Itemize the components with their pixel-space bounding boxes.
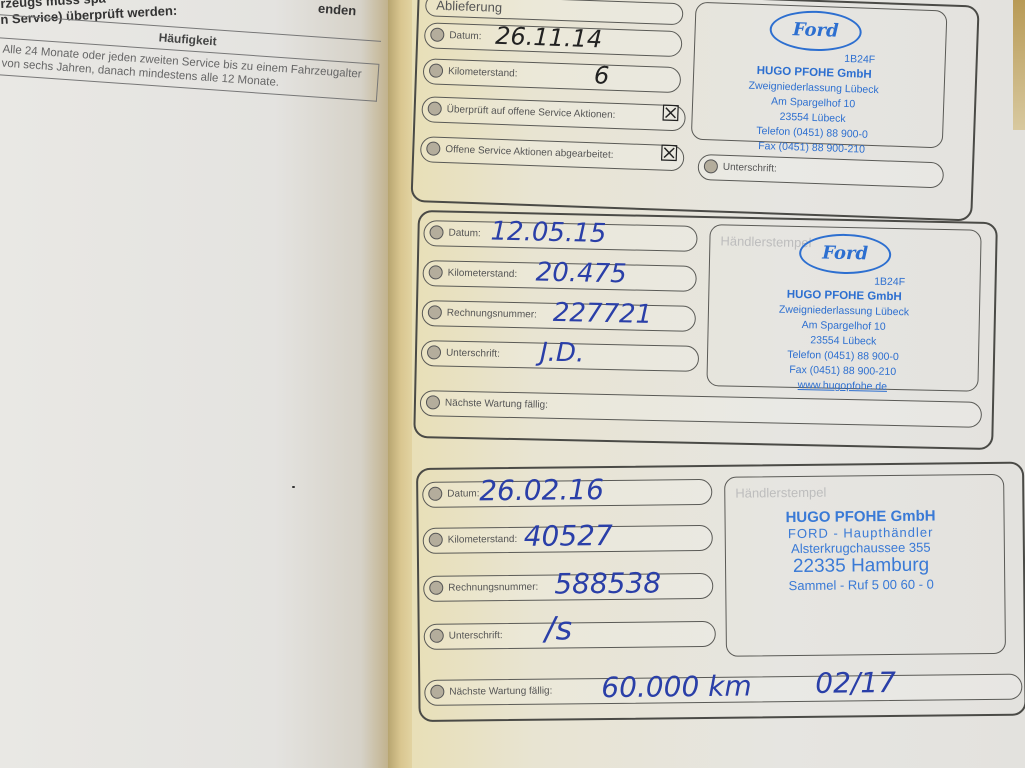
field-rechnungsnummer: Rechnungsnummer: 227721 bbox=[422, 300, 696, 332]
field-bullet-icon bbox=[426, 395, 440, 409]
block-title: Ablieferung bbox=[436, 0, 502, 15]
field-bullet-icon bbox=[428, 487, 442, 501]
field-unterschrift: Unterschrift: bbox=[697, 154, 944, 189]
service-block-3: Datum: 26.02.16 Kilometerstand: 40527 Re… bbox=[416, 462, 1025, 722]
handwritten-date: 26.11.14 bbox=[495, 22, 603, 54]
handwritten-signature: /s bbox=[544, 609, 572, 647]
field-bullet-icon bbox=[429, 63, 443, 77]
field-unterschrift: Unterschrift: J.D. bbox=[421, 340, 699, 372]
ford-logo-icon: Ford bbox=[799, 233, 892, 275]
handwritten-invoice: 588538 bbox=[554, 566, 661, 600]
handwritten-invoice: 227721 bbox=[553, 298, 653, 330]
field-service-check: Überprüft auf offene Service Aktionen: ☒ bbox=[421, 96, 686, 131]
handwritten-km: 6 bbox=[594, 61, 610, 90]
field-naechste-wartung: Nächste Wartung fällig: 60.000 km 02/17 bbox=[424, 674, 1022, 706]
header-right-fragment: enden bbox=[318, 1, 357, 19]
field-bullet-icon bbox=[427, 345, 441, 359]
field-rechnungsnummer: Rechnungsnummer: 588538 bbox=[423, 573, 713, 602]
field-bullet-icon bbox=[704, 159, 718, 173]
field-bullet-icon bbox=[428, 305, 442, 319]
field-datum: Datum: 26.11.14 bbox=[424, 22, 683, 57]
paper-speck bbox=[292, 486, 295, 488]
field-bullet-icon bbox=[429, 265, 443, 279]
dealer-stamp-box: Händlerstempel Ford 1B24F HUGO PFOHE Gmb… bbox=[706, 224, 981, 392]
service-block-delivery: Ablieferung Datum: 26.11.14 Kilometersta… bbox=[410, 0, 979, 221]
field-bullet-icon bbox=[430, 685, 444, 699]
page-edge bbox=[1013, 0, 1025, 130]
handwritten-km: 20.475 bbox=[535, 257, 627, 289]
field-bullet-icon bbox=[429, 533, 443, 547]
field-kilometerstand: Kilometerstand: 6 bbox=[423, 58, 682, 93]
frequency-table: Häufigkeit Alle 24 Monate oder jeden zwe… bbox=[0, 14, 381, 133]
right-page: Ablieferung Datum: 26.11.14 Kilometersta… bbox=[412, 0, 1025, 768]
handwritten-next-date: 02/17 bbox=[815, 666, 896, 700]
handwritten-date: 26.02.16 bbox=[479, 473, 604, 507]
field-unterschrift: Unterschrift: /s bbox=[424, 621, 716, 650]
field-datum: Datum: 26.02.16 bbox=[422, 479, 712, 508]
field-service-done: Offene Service Aktionen abgearbeitet: ☒ bbox=[420, 136, 685, 171]
field-datum: Datum: 12.05.15 bbox=[423, 220, 697, 252]
field-bullet-icon bbox=[430, 629, 444, 643]
ford-logo-icon: Ford bbox=[769, 9, 862, 52]
field-kilometerstand: Kilometerstand: 40527 bbox=[423, 525, 713, 554]
field-bullet-icon bbox=[427, 101, 441, 115]
stamp-title: Händlerstempel bbox=[735, 485, 826, 501]
handwritten-next-km: 60.000 km bbox=[601, 669, 752, 704]
dealer-stamp: Ford 1B24F HUGO PFOHE GmbH Zweigniederla… bbox=[747, 232, 940, 396]
field-naechste-wartung: Nächste Wartung fällig: bbox=[420, 390, 982, 428]
handwritten-date: 12.05.15 bbox=[490, 217, 606, 249]
checked-box-icon: ☒ bbox=[660, 102, 681, 128]
field-bullet-icon bbox=[430, 27, 444, 41]
field-kilometerstand: Kilometerstand: 20.475 bbox=[422, 260, 696, 292]
dealer-stamp-box: Ford 1B24F HUGO PFOHE GmbH Zweigniederla… bbox=[691, 2, 948, 149]
left-page: rzeugs muss spä n Service) überprüft wer… bbox=[0, 0, 392, 768]
dealer-stamp: HUGO PFOHE GmbH FORD - Haupthändler Alst… bbox=[745, 507, 976, 593]
dealer-stamp-box: Händlerstempel HUGO PFOHE GmbH FORD - Ha… bbox=[724, 474, 1006, 657]
dealer-stamp: Ford 1B24F HUGO PFOHE GmbH Zweigniederla… bbox=[731, 8, 896, 158]
service-block-2: Datum: 12.05.15 Kilometerstand: 20.475 R… bbox=[413, 210, 998, 450]
field-bullet-icon bbox=[429, 581, 443, 595]
field-bullet-icon bbox=[429, 225, 443, 239]
checked-box-icon: ☒ bbox=[659, 142, 680, 168]
delivery-title-field: Ablieferung bbox=[425, 0, 684, 25]
handwritten-signature: J.D. bbox=[540, 338, 585, 369]
field-bullet-icon bbox=[426, 141, 440, 155]
handwritten-km: 40527 bbox=[524, 519, 613, 553]
